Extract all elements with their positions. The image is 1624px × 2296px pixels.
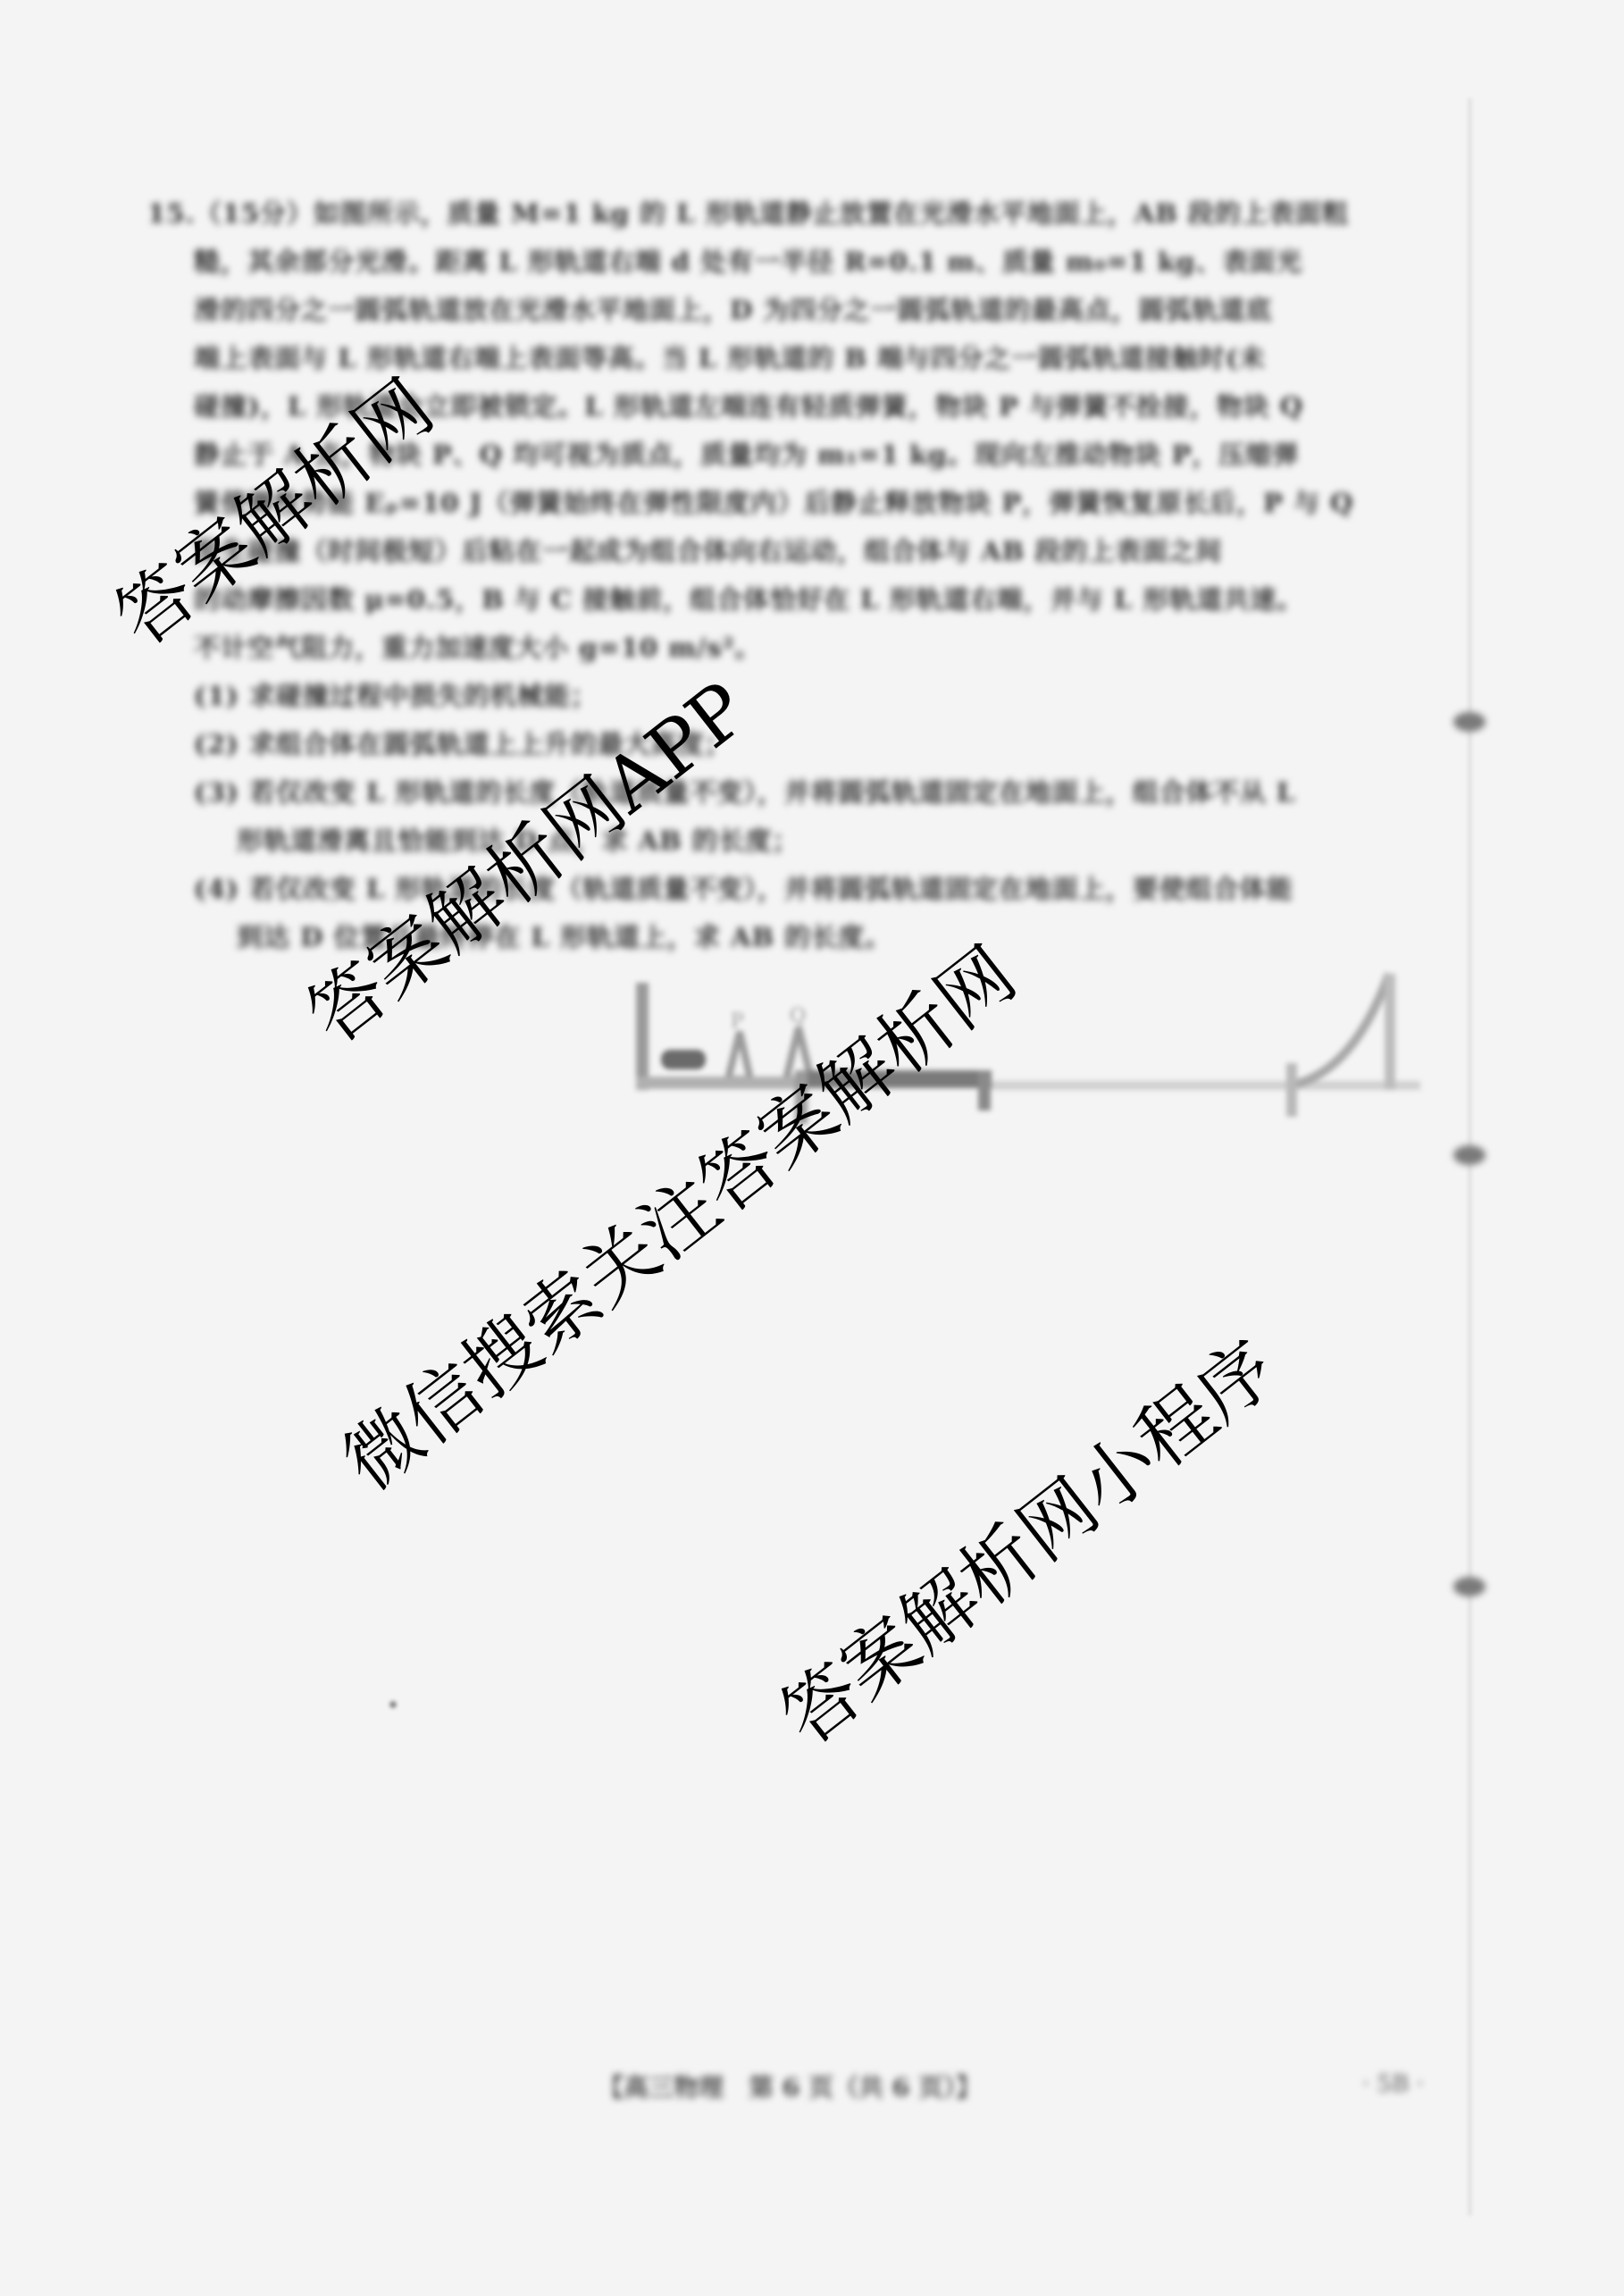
- question-line: 发生碰撞（时间极短）后粘在一起成为组合体向右运动，组合体与 AB 段的上表面之间: [147, 527, 1416, 575]
- binding-marker: [1453, 1145, 1486, 1165]
- question-line: 的动摩擦因数 μ=0.5，B 与 C 接触前，组合体恰好在 L 形轨道右端，并与…: [147, 575, 1416, 624]
- svg-text:Q: Q: [790, 1005, 806, 1027]
- question-line: 滑的四分之一圆弧轨道放在光滑水平地面上，D 为四分之一圆弧轨道的最高点，圆弧轨道…: [147, 286, 1416, 334]
- subquestion-4: (4) 若仅改变 L 形轨道的长度（轨道质量不变），并将圆弧轨道固定在地面上，要…: [147, 865, 1416, 913]
- subquestion-2: (2) 求组合体在圆弧轨道上上升的最大高度；: [147, 720, 1416, 768]
- subquestion-3-cont: 形轨道滑离且恰能到达 D 点，求 AB 的长度；: [147, 817, 1416, 865]
- question-line: 端上表面与 L 形轨道右端上表面等高。当 L 形轨道的 B 端与四分之一圆弧轨道…: [147, 334, 1416, 382]
- page-code: · 5B ·: [1362, 2071, 1424, 2098]
- watermark: 答案解析网小程序: [756, 1311, 1295, 1765]
- page-footer: 【高三物理 第 6 页（共 6 页）】: [599, 2068, 981, 2104]
- subquestion-1: (1) 求碰撞过程中损失的机械能；: [147, 672, 1416, 720]
- subquestion-3: (3) 若仅改变 L 形轨道的长度（轨道质量不变），并将圆弧轨道固定在地面上，组…: [147, 768, 1416, 817]
- exam-page: 15.（15分）如图所示，质量 M=1 kg 的 L 形轨道静止放置在光滑水平地…: [0, 0, 1624, 2296]
- question-line: 不计空气阻力，重力加速度大小 g=10 m/s²。: [147, 624, 1416, 672]
- binding-marker: [1453, 712, 1486, 732]
- stray-mark: [389, 1701, 397, 1708]
- question-15: 15.（15分）如图所示，质量 M=1 kg 的 L 形轨道静止放置在光滑水平地…: [147, 189, 1416, 961]
- question-line: 15.（15分）如图所示，质量 M=1 kg 的 L 形轨道静止放置在光滑水平地…: [147, 189, 1416, 238]
- svg-text:P: P: [731, 1010, 744, 1033]
- question-line: 糙，其余部分光滑。距离 L 形轨道右端 d 处有一半径 R=0.1 m、质量 m…: [147, 238, 1416, 286]
- binding-marker: [1453, 1577, 1486, 1596]
